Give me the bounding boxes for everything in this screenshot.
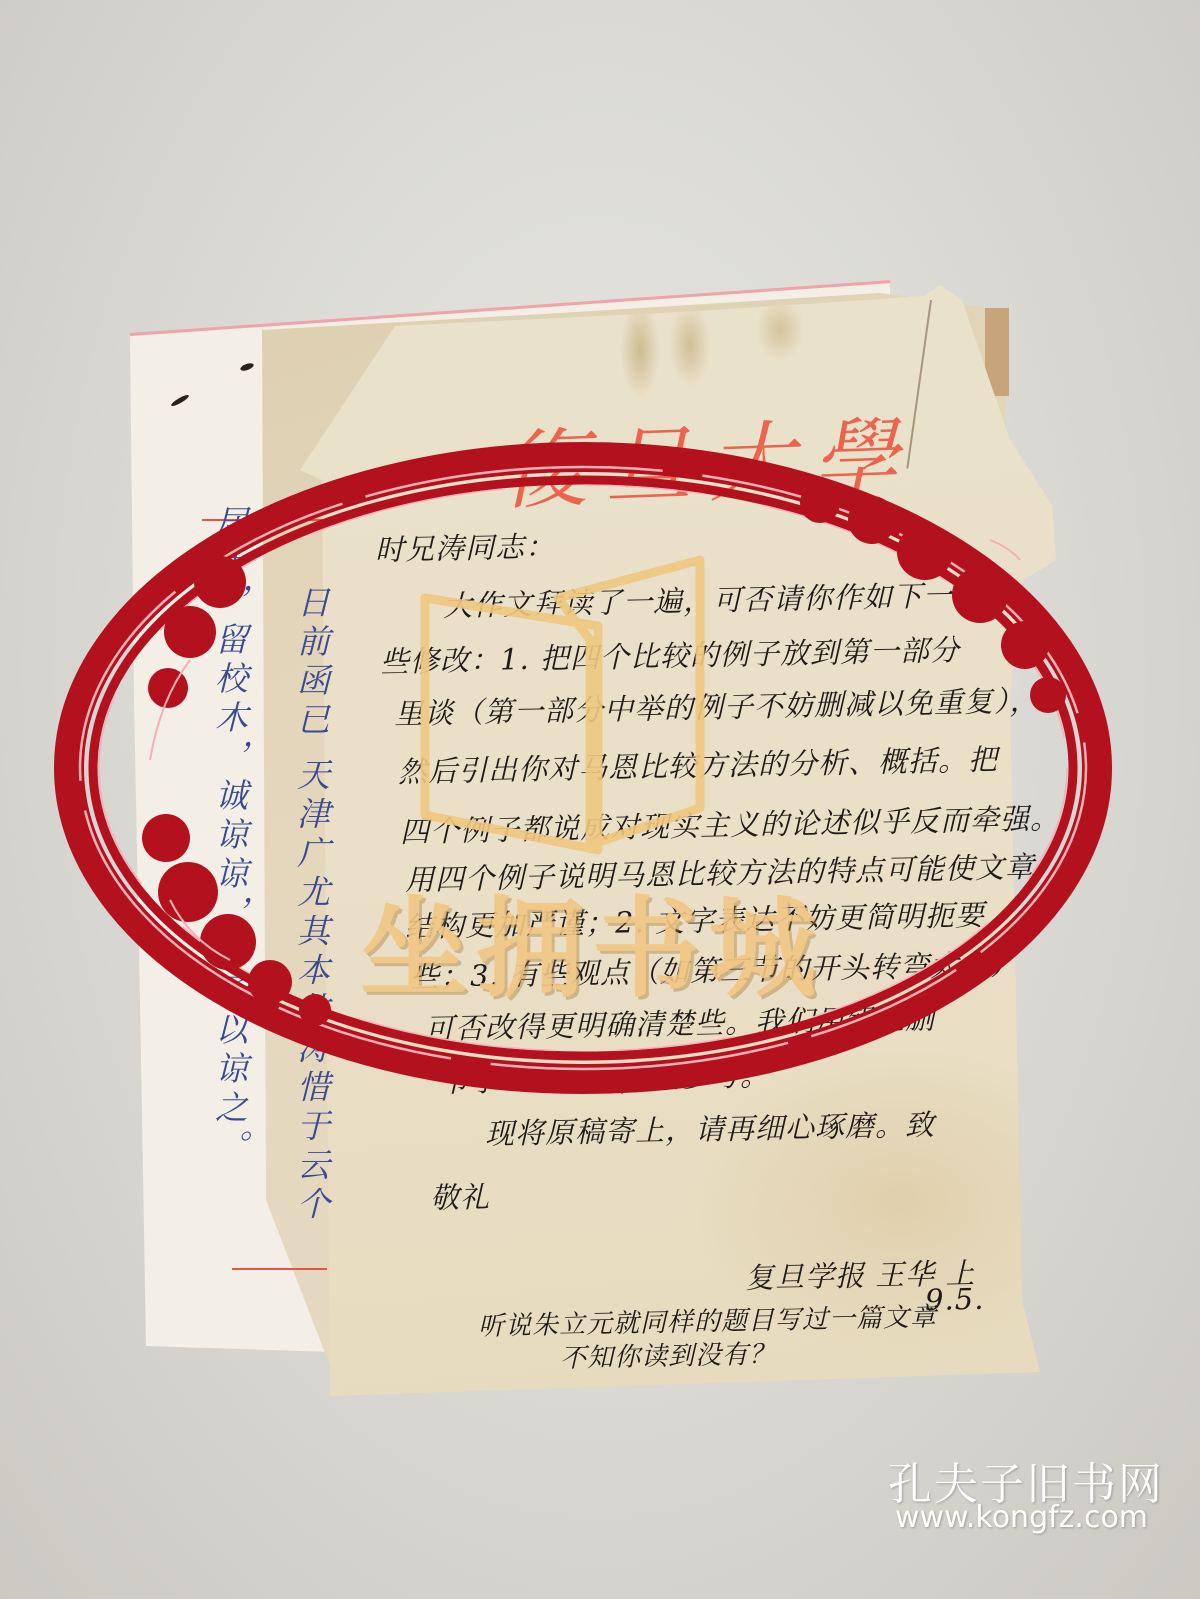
site-watermark-url: www.kongfz.com xyxy=(895,1500,1148,1535)
red-oval-frame-icon xyxy=(0,0,1200,1599)
